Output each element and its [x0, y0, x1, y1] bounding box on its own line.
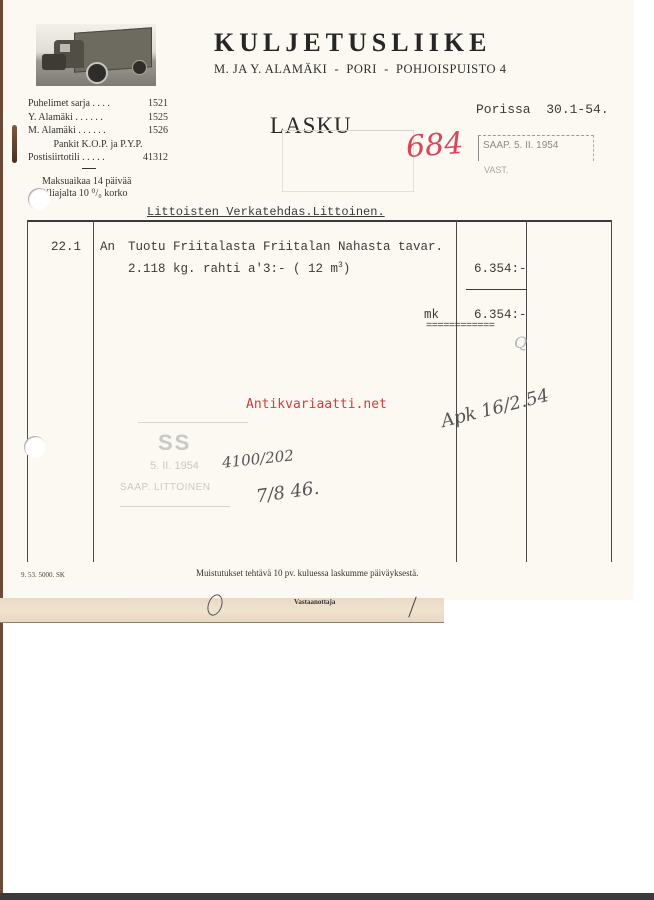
punch-hole — [28, 188, 50, 210]
handwritten-number: 684 — [405, 126, 465, 165]
scan-left-edge — [0, 0, 3, 900]
handwritten-check: Q — [514, 333, 527, 352]
truck-photo-icon — [36, 24, 156, 86]
divider — [82, 168, 96, 169]
col-divider — [611, 220, 612, 562]
scan-bottom-edge — [0, 893, 654, 900]
punch-hole — [24, 436, 46, 458]
binding-stain — [12, 125, 17, 163]
item-date: 22.1 — [51, 240, 81, 254]
contact-block: Puhelimet sarja . . . .1521 Y. Alamäki .… — [28, 97, 168, 165]
contact-row: Y. Alamäki . . . . . .1525 — [28, 111, 168, 125]
received-stamp-sub: VAST. — [484, 165, 508, 175]
col-divider — [27, 220, 28, 562]
footer-note: Muistutukset tehtävä 10 pv. kuluessa las… — [196, 568, 418, 578]
print-code: 9. 53. 5000. SK — [21, 571, 65, 579]
place-date: Porissa 30.1-54. — [476, 102, 609, 117]
recipient: Littoisten Verkatehdas.Littoinen. — [147, 205, 385, 219]
subtotal-rule — [466, 289, 527, 290]
item-abbr: An — [100, 240, 115, 254]
postal-account-row: Postisiirtotili . . . . .41312 — [28, 151, 168, 165]
col-divider — [456, 220, 457, 562]
table-top-rule — [27, 220, 611, 222]
received-stamp: SAAP. 5. II. 1954 — [478, 135, 594, 161]
banks-line: Pankit K.O.P. ja P.Y.P. — [28, 138, 168, 152]
total-double-rule: ============ — [426, 320, 494, 332]
contact-row: Puhelimet sarja . . . .1521 — [28, 97, 168, 111]
company-subtitle: M. JA Y. ALAMÄKI - PORI - POHJOISPUISTO … — [214, 62, 506, 77]
item-description-line-1: Tuotu Friitalasta Friitalan Nahasta tava… — [128, 240, 443, 254]
invoice-paper — [0, 0, 634, 600]
contact-row: M. Alamäki . . . . . .1526 — [28, 124, 168, 138]
col-divider — [93, 220, 94, 562]
item-description-line-2: 2.118 kg. rahti a'3:- ( 12 m3) — [128, 261, 350, 276]
watermark: Antikvariaatti.net — [246, 397, 387, 412]
company-name: KULJETUSLIIKE — [214, 28, 491, 58]
faint-received-stamp: SS 5. II. 1954 SAAP. LITTOINEN — [120, 430, 270, 515]
payment-terms: Maksuaikaa 14 päivää Yliajalta 10 ⁰/₀ ko… — [42, 176, 131, 200]
slip-label: Vastaanottaja — [294, 598, 335, 606]
faint-stamp-box — [282, 130, 414, 192]
item-amount: 6.354:- — [474, 262, 527, 276]
